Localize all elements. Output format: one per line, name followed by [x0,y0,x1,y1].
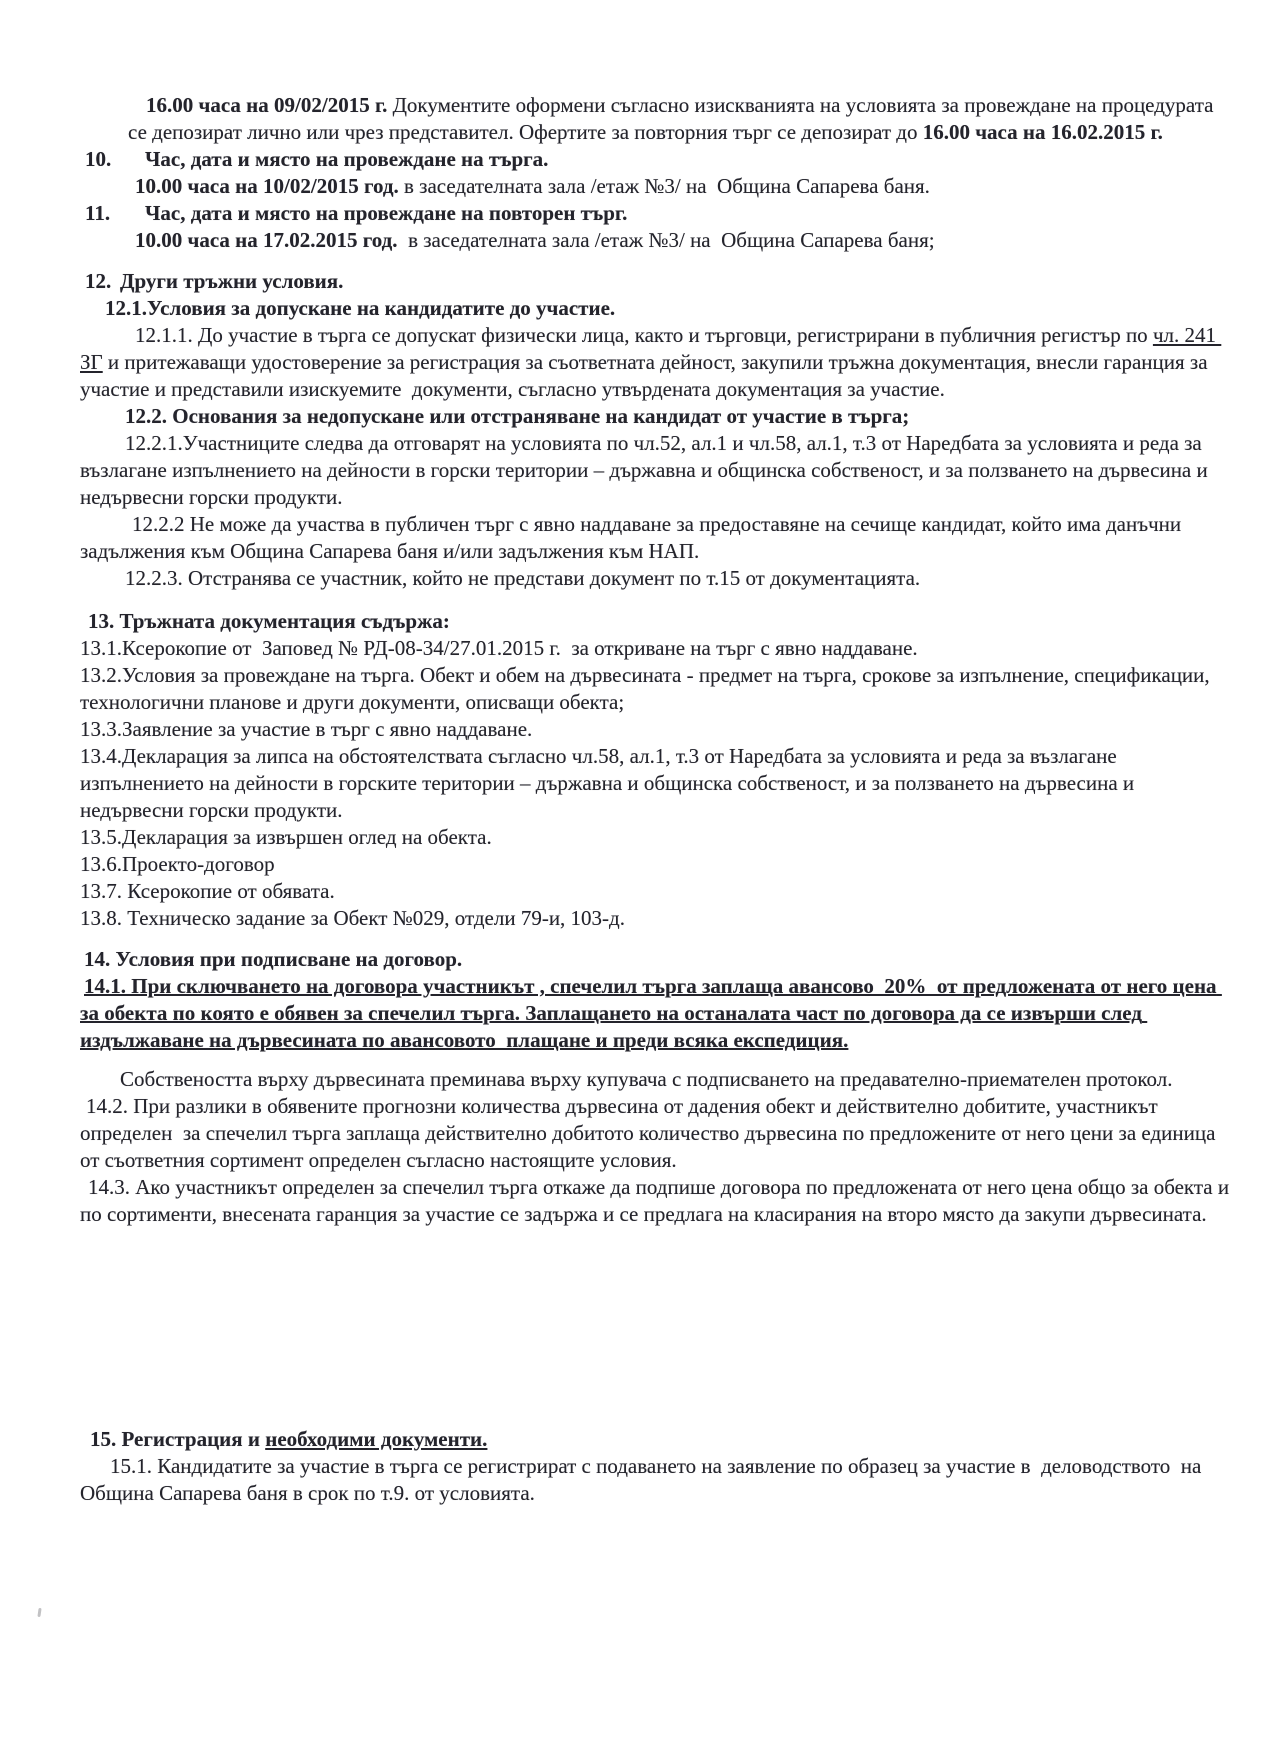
clause-ownership: Собствеността върху дървесината преминав… [80,1066,1233,1093]
clause-13-2: 13.2.Условия за провеждане на търга. Обе… [80,662,1233,716]
clause-13-1: 13.1.Ксерокопие от Заповед № РД-08-34/27… [80,635,1233,662]
clause-13-4: 13.4.Декларация за липса на обстоятелств… [80,743,1233,824]
item-11-datetime: 10.00 часа на 17.02.2015 год. в заседате… [135,227,1233,254]
clause-12-2-heading: 12.2. Основания за недопускане или отстр… [80,403,1233,430]
clause-14-2: 14.2. При разлики в обявените прогнозни … [80,1093,1233,1174]
clause-13-8: 13.8. Техническо задание за Обект №029, … [80,905,1233,932]
item-10-heading: 10.Час, дата и място на провеждане на тъ… [80,146,1233,173]
clause-13-3: 13.3.Заявление за участие в търг с явно … [80,716,1233,743]
section-13-heading: 13. Тръжната документация съдържа: [80,608,1233,635]
clause-14-1: 14.1. При сключването на договора участн… [80,973,1233,1054]
scan-artifact [37,1608,41,1617]
item-11-number: 11. [85,200,145,227]
clause-13-7: 13.7. Ксерокопие от обявата. [80,878,1233,905]
item-10-number: 10. [85,146,145,173]
document-content: 16.00 часа на 09/02/2015 г. Документите … [0,0,1275,1507]
section-14-heading: 14. Условия при подписване на договор. [80,946,1233,973]
section-15-heading: 15. Регистрация и необходими документи. [80,1426,1233,1453]
section-12-number: 12. [85,268,120,295]
clause-12-2-2: 12.2.2 Не може да участва в публичен тър… [80,511,1233,565]
clause-12-1-heading: 12.1.Условия за допускане на кандидатите… [105,295,1233,322]
clause-12-1-1: 12.1.1. До участие в търга се допускат ф… [80,322,1233,403]
clause-12-2-1: 12.2.1.Участниците следва да отговарят н… [80,430,1233,511]
clause-12-2-3: 12.2.3. Отстранява се участник, който не… [80,565,1233,592]
deadline-second-auction: 16.00 часа на 16.02.2015 г. [923,120,1163,144]
clause-13-5: 13.5.Декларация за извършен оглед на обе… [80,824,1233,851]
clause-9-deadline: 16.00 часа на 09/02/2015 г. Документите … [128,92,1233,146]
document-page: 16.00 часа на 09/02/2015 г. Документите … [0,0,1275,1755]
clause-14-3: 14.3. Ако участникът определен за спечел… [80,1174,1233,1228]
item-11-heading: 11.Час, дата и място на провеждане на по… [80,200,1233,227]
section-12-heading: 12.Други тръжни условия. [80,268,1233,295]
clause-13-6: 13.6.Проекто-договор [80,851,1233,878]
clause-15-1: 15.1. Кандидатите за участие в търга се … [80,1453,1233,1507]
item-10-datetime: 10.00 часа на 10/02/2015 год. в заседате… [135,173,1233,200]
deadline-first-auction: 16.00 часа на 09/02/2015 г. [146,93,387,117]
